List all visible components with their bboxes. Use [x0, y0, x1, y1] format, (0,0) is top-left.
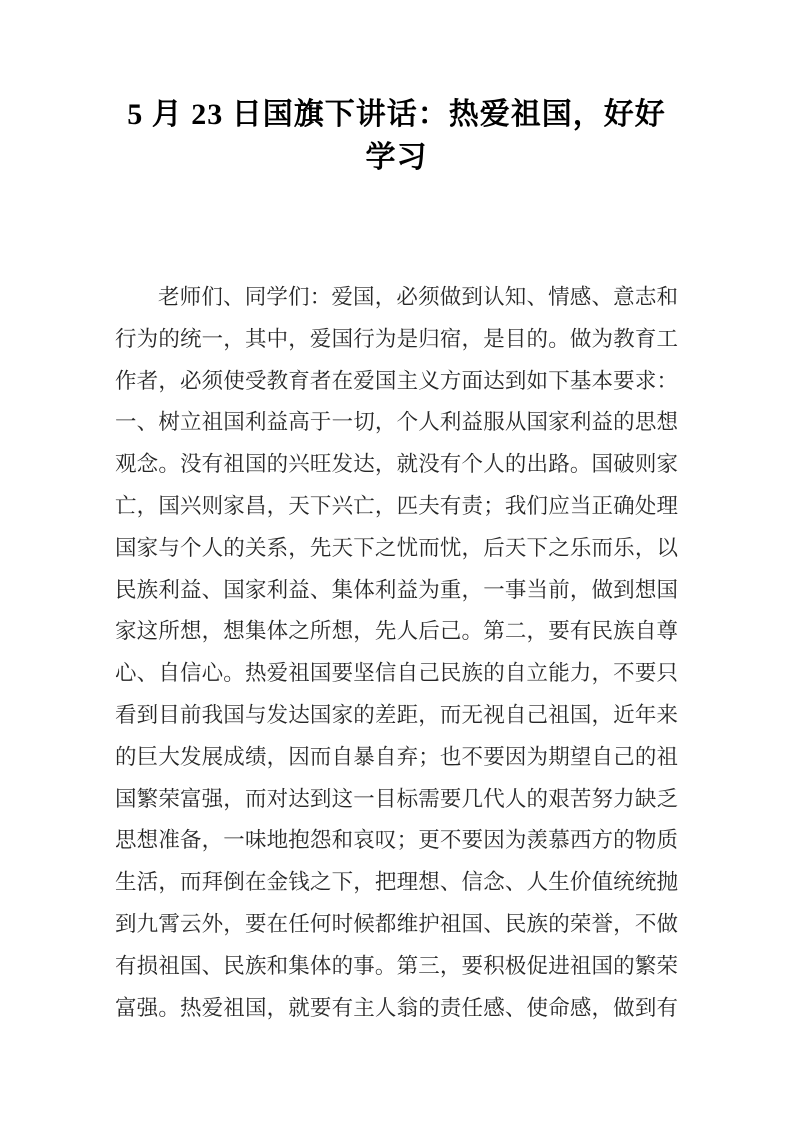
- text-line: 看到目前我国与发达国家的差距，而无视自己祖国，近年来: [115, 695, 678, 737]
- title-line: 学习: [115, 136, 678, 179]
- text-line: 一、树立祖国利益高于一切，个人利益服从国家利益的思想: [115, 402, 678, 444]
- text-line: 富强。热爱祖国，就要有主人翁的责任感、使命感，做到有: [115, 988, 678, 1030]
- text-line: 心、自信心。热爱祖国要坚信自己民族的自立能力，不要只: [115, 653, 678, 695]
- text-line: 观念。没有祖国的兴旺发达，就没有个人的出路。国破则家: [115, 444, 678, 486]
- text-line: 生活，而拜倒在金钱之下，把理想、信念、人生价值统统抛: [115, 862, 678, 904]
- text-line: 国家与个人的关系，先天下之忧而忧，后天下之乐而乐，以: [115, 528, 678, 570]
- text-line: 行为的统一，其中，爱国行为是归宿，是目的。做为教育工: [115, 319, 678, 361]
- title-line: 5 月 23 日国旗下讲话：热爱祖国，好好: [115, 93, 678, 136]
- text-line: 国繁荣富强，而对达到这一目标需要几代人的艰苦努力缺乏: [115, 779, 678, 821]
- text-line: 家这所想，想集体之所想，先人后己。第二，要有民族自尊: [115, 611, 678, 653]
- text-line: 亡，国兴则家昌，天下兴亡，匹夫有责；我们应当正确处理: [115, 486, 678, 528]
- text-line: 的巨大发展成绩，因而自暴自弃；也不要因为期望自己的祖: [115, 737, 678, 779]
- document-title: 5 月 23 日国旗下讲话：热爱祖国，好好 学习: [115, 93, 678, 179]
- body-paragraph: 老师们、同学们：爱国，必须做到认知、情感、意志和 行为的统一，其中，爱国行为是归…: [115, 277, 678, 1029]
- text-line: 作者，必须使受教育者在爱国主义方面达到如下基本要求：: [115, 361, 678, 403]
- text-line: 到九霄云外，要在任何时候都维护祖国、民族的荣誉，不做: [115, 904, 678, 946]
- text-line: 老师们、同学们：爱国，必须做到认知、情感、意志和: [115, 277, 678, 319]
- text-line: 民族利益、国家利益、集体利益为重，一事当前，做到想国: [115, 570, 678, 612]
- text-line: 思想准备，一味地抱怨和哀叹；更不要因为羡慕西方的物质: [115, 820, 678, 862]
- document-page: 5 月 23 日国旗下讲话：热爱祖国，好好 学习 老师们、同学们：爱国，必须做到…: [0, 0, 793, 1122]
- text-line: 有损祖国、民族和集体的事。第三，要积极促进祖国的繁荣: [115, 946, 678, 988]
